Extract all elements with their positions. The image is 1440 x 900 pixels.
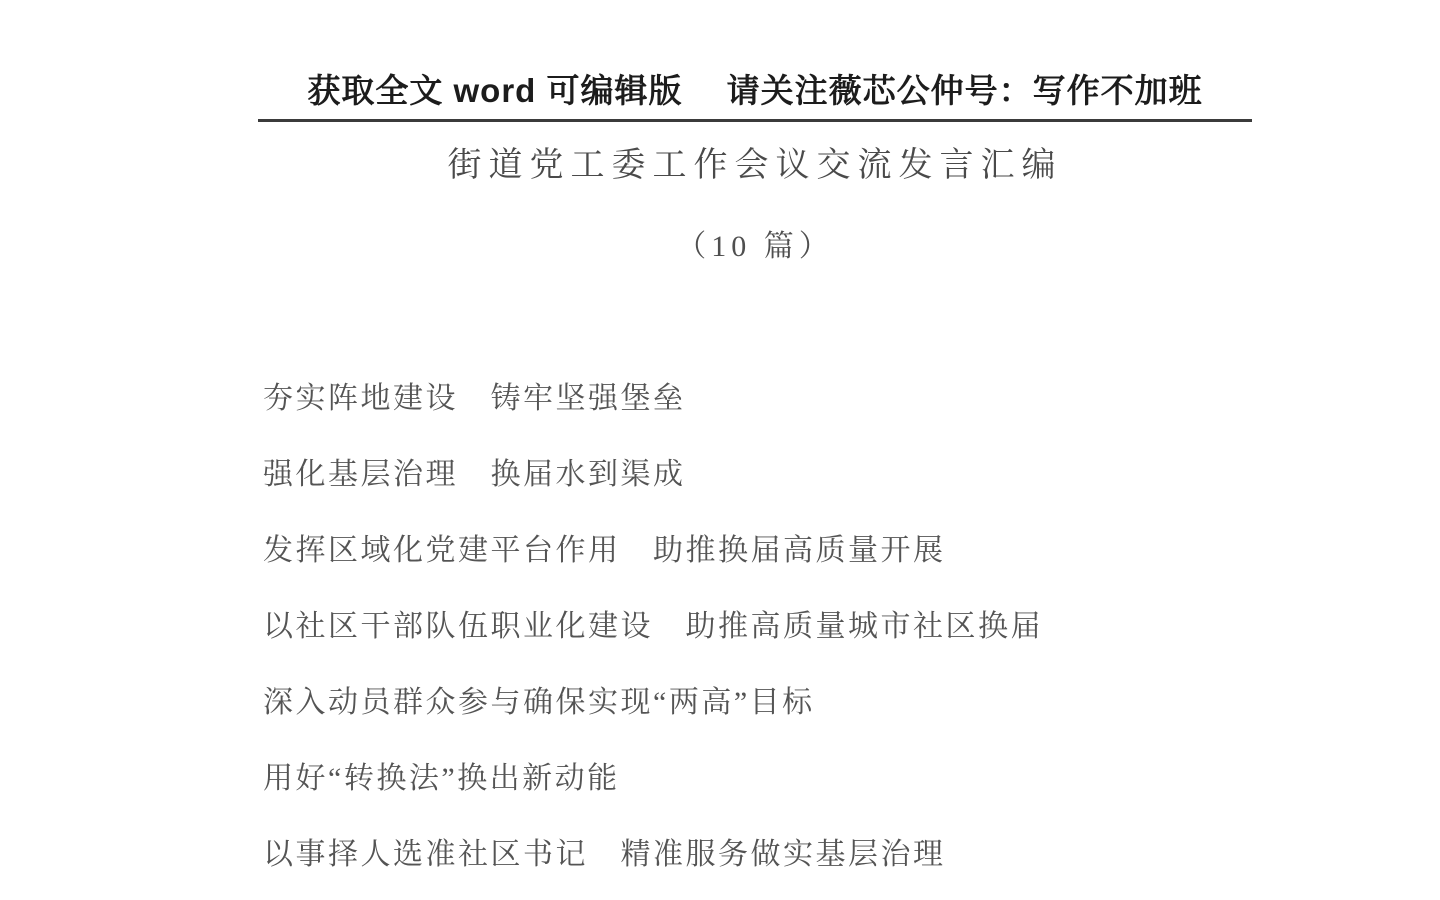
- document-title: 街道党工委工作会议交流发言汇编: [258, 144, 1252, 188]
- toc-item: 深入动员群众参与确保实现“两高”目标: [263, 684, 1252, 722]
- promo-banner-text: 获取全文 word 可编辑版 请关注薇芯公仲号：写作不加班: [307, 72, 1202, 109]
- toc-list: 夯实阵地建设 铸牢坚强堡垒 强化基层治理 换届水到渠成 发挥区域化党建平台作用 …: [258, 380, 1252, 874]
- document-count-label: （10 篇）: [258, 228, 1252, 266]
- toc-item: 以社区干部队伍职业化建设 助推高质量城市社区换届: [263, 608, 1252, 646]
- toc-item: 强化基层治理 换届水到渠成: [263, 456, 1252, 494]
- toc-item: 发挥区域化党建平台作用 助推换届高质量开展: [263, 532, 1252, 570]
- document-body: 街道党工委工作会议交流发言汇编 （10 篇） 夯实阵地建设 铸牢坚强堡垒 强化基…: [258, 144, 1252, 874]
- toc-item: 以事择人选准社区书记 精准服务做实基层治理: [263, 836, 1252, 874]
- toc-item: 夯实阵地建设 铸牢坚强堡垒: [263, 380, 1252, 418]
- toc-item: 用好“转换法”换出新动能: [263, 760, 1252, 798]
- document-header: 获取全文 word 可编辑版 请关注薇芯公仲号：写作不加班: [258, 0, 1252, 122]
- promo-banner: 获取全文 word 可编辑版 请关注薇芯公仲号：写作不加班: [258, 0, 1252, 122]
- document-page: 获取全文 word 可编辑版 请关注薇芯公仲号：写作不加班 街道党工委工作会议交…: [258, 0, 1252, 874]
